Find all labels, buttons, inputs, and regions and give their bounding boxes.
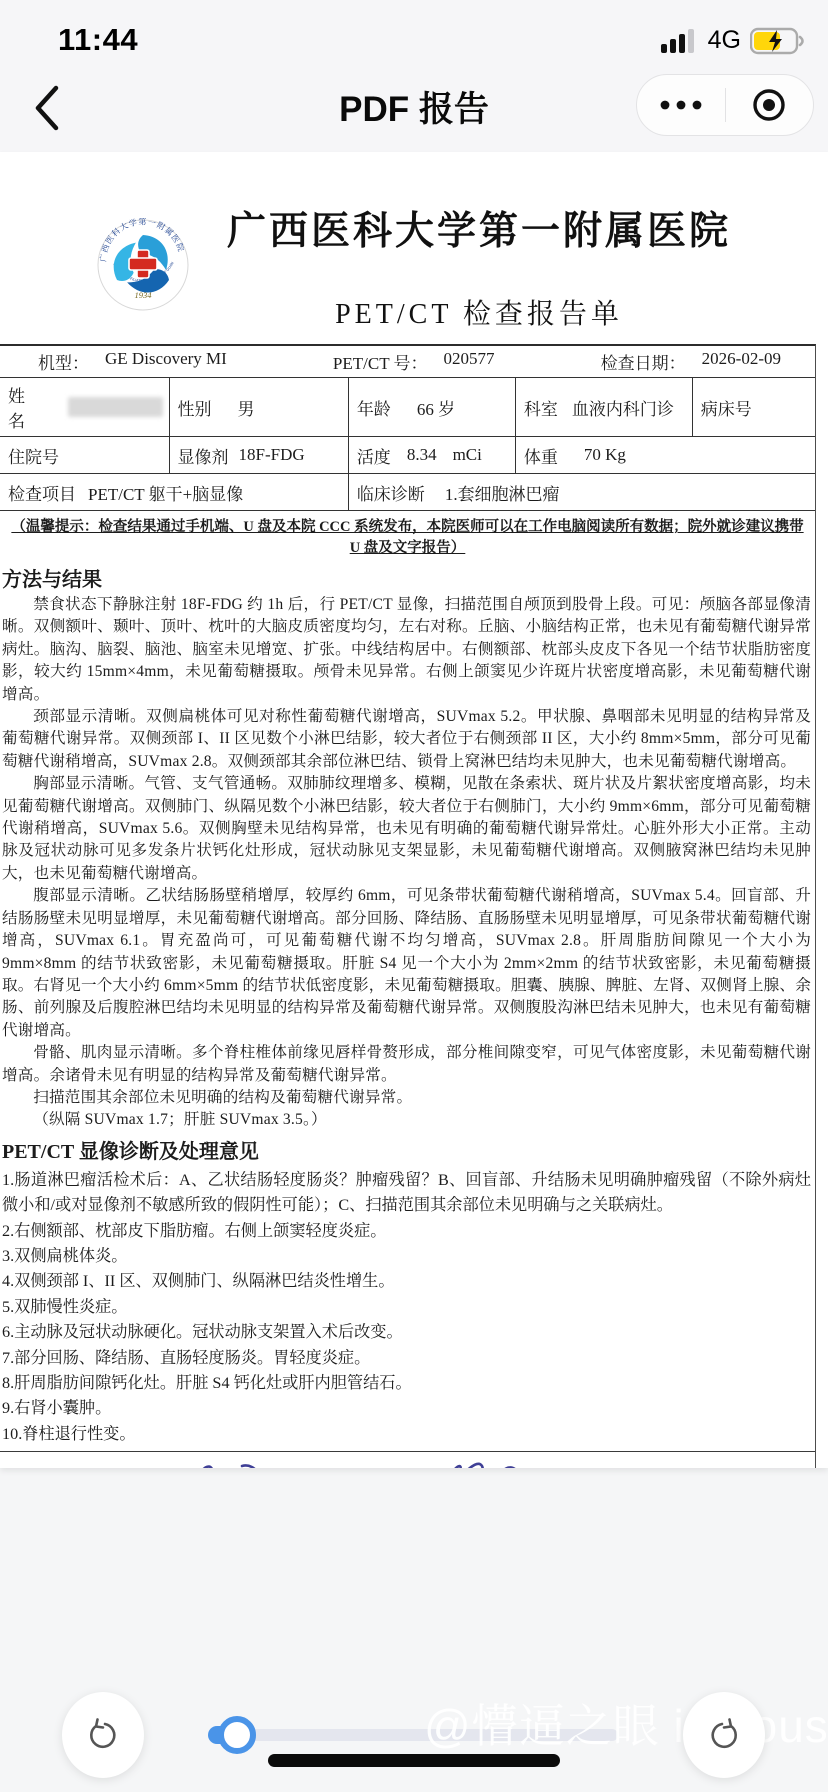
paragraph-brain: 禁食状态下静脉注射 18F-FDG 约 1h 后，行 PET/CT 显像，扫描范… bbox=[2, 594, 811, 706]
redacted-patient-name bbox=[68, 397, 163, 417]
weight-cell: 体重70 Kg bbox=[516, 436, 815, 473]
paragraph-neck: 颈部显示清晰。双侧扁桃体可见对称性葡萄糖代谢增高，SUVmax 5.2。甲状腺、… bbox=[2, 706, 811, 773]
cellular-signal-icon bbox=[661, 27, 699, 55]
methods-body: 禁食状态下静脉注射 18F-FDG 约 1h 后，行 PET/CT 显像，扫描范… bbox=[0, 594, 815, 1132]
report-page: 广西医科大学第一附属医院 THE FIRST AFFILIATED HOSPIT… bbox=[0, 152, 828, 1468]
reviewer-signature bbox=[172, 1452, 322, 1468]
petct-no-value: 020577 bbox=[444, 349, 495, 374]
diagnosis-item: 6.主动脉及冠状动脉硬化。冠状动脉支架置入术后改变。 bbox=[2, 1320, 811, 1345]
admission-cell: 住院号 bbox=[0, 436, 170, 473]
machine-value: GE Discovery MI bbox=[105, 349, 227, 374]
rotate-right-icon bbox=[706, 1717, 742, 1753]
diagnosis-item: 10.脊柱退行性变。 bbox=[2, 1422, 811, 1447]
diagnosis-item: 3.双侧扁桃体炎。 bbox=[2, 1244, 811, 1269]
notice-line: （温馨提示：检查结果通过手机端、U 盘及本院 CCC 系统发布，本院医师可以在工… bbox=[0, 511, 815, 560]
more-options-icon[interactable] bbox=[637, 75, 725, 135]
name-cell: 姓名 bbox=[0, 378, 170, 436]
nav-bar: PDF 报告 bbox=[0, 62, 828, 152]
diagnosis-heading: PET/CT 显像诊断及处理意见 bbox=[0, 1132, 815, 1166]
paragraph-other: 扫描范围其余部位未见明确的结构及葡萄糖代谢异常。 bbox=[2, 1087, 811, 1109]
petct-no-label: PET/CT 号： bbox=[333, 349, 428, 374]
rotate-right-button[interactable] bbox=[683, 1692, 765, 1778]
report-doc-title: PET/CT 检查报告单 bbox=[190, 292, 768, 332]
diagnosis-item: 2.右侧额部、枕部皮下脂肪瘤。右侧上颌窦轻度炎症。 bbox=[2, 1219, 811, 1244]
diagnosis-item: 1.肠道淋巴瘤活检术后：A、乙状结肠轻度肠炎？肿瘤残留？B、回盲部、升结肠未见明… bbox=[2, 1168, 811, 1219]
hospital-logo: 广西医科大学第一附属医院 THE FIRST AFFILIATED HOSPIT… bbox=[96, 218, 190, 312]
bed-cell: 病床号 bbox=[693, 378, 815, 436]
rotate-left-icon bbox=[85, 1717, 121, 1753]
paragraph-abdomen: 腹部显示清晰。乙状结肠肠壁稍增厚，较厚约 6mm，可见条带状葡萄糖代谢稍增高，S… bbox=[2, 885, 811, 1042]
meta-row: 机型：GE Discovery MI PET/CT 号：020577 检查日期：… bbox=[0, 346, 815, 377]
diagnosis-item: 8.肝周脂肪间隙钙化灶。肝脏 S4 钙化灶或肝内胆管结石。 bbox=[2, 1371, 811, 1396]
rotate-left-button[interactable] bbox=[62, 1692, 144, 1778]
diagnosis-list: 1.肠道淋巴瘤活检术后：A、乙状结肠轻度肠炎？肿瘤残留？B、回盲部、升结肠未见明… bbox=[0, 1166, 815, 1451]
phone-screen: 11:44 4G PDF 报告 bbox=[0, 0, 828, 1792]
report-header: 广西医科大学第一附属医院 THE FIRST AFFILIATED HOSPIT… bbox=[0, 152, 828, 344]
status-bar: 11:44 4G bbox=[0, 0, 828, 62]
patient-info-table: 姓名 性别男 年龄66 岁 科室血液内科门诊 病床号 住院号 显像剂18F-FD… bbox=[0, 377, 815, 511]
diagnosis-item: 4.双侧颈部 I、II 区、双侧肺门、纵隔淋巴结炎性增生。 bbox=[2, 1269, 811, 1294]
watermark-text: @懵逼之眼 in house986 bbox=[424, 1690, 828, 1756]
zoom-slider-thumb[interactable] bbox=[218, 1716, 256, 1754]
activity-cell: 活度8.34mCi bbox=[349, 436, 516, 473]
machine-label: 机型： bbox=[38, 349, 89, 374]
diagnosis-item: 5.双肺慢性炎症。 bbox=[2, 1295, 811, 1320]
clock: 11:44 bbox=[58, 22, 138, 58]
signature-row: 审核医师 报告医师 报告时间 2026-02-09 15:36 bbox=[0, 1451, 815, 1468]
network-type: 4G bbox=[708, 26, 741, 55]
tracer-cell: 显像剂18F-FDG bbox=[170, 436, 349, 473]
diagnosis-item: 9.右肾小囊肿。 bbox=[2, 1396, 811, 1421]
report-frame: 机型：GE Discovery MI PET/CT 号：020577 检查日期：… bbox=[0, 344, 816, 1468]
paragraph-suv-ref: （纵隔 SUVmax 1.7；肝脏 SUVmax 3.5。） bbox=[2, 1109, 811, 1131]
close-miniprogram-icon[interactable] bbox=[726, 75, 814, 135]
hospital-name: 广西医科大学第一附属医院 bbox=[190, 200, 768, 256]
age-cell: 年龄66 岁 bbox=[349, 378, 516, 436]
diagnosis-item: 7.部分回肠、降结肠、直肠轻度肠炎。胃轻度炎症。 bbox=[2, 1346, 811, 1371]
pdf-viewport[interactable]: 广西医科大学第一附属医院 THE FIRST AFFILIATED HOSPIT… bbox=[0, 152, 828, 1792]
home-indicator[interactable] bbox=[268, 1754, 560, 1767]
exam-date-label: 检查日期： bbox=[601, 349, 686, 374]
dept-cell: 科室血液内科门诊 bbox=[516, 378, 693, 436]
paragraph-chest: 胸部显示清晰。气管、支气管通畅。双肺肺纹理增多、模糊，见散在条索状、斑片状及片絮… bbox=[2, 773, 811, 885]
reporter-signature bbox=[424, 1452, 564, 1468]
methods-heading: 方法与结果 bbox=[0, 560, 815, 594]
paragraph-bone: 骨骼、肌肉显示清晰。多个脊柱椎体前缘见唇样骨赘形成，部分椎间隙变窄，可见气体密度… bbox=[2, 1042, 811, 1087]
sex-cell: 性别男 bbox=[170, 378, 349, 436]
exam-item-cell: 检查项目PET/CT 躯干+脑显像 bbox=[0, 473, 349, 510]
logo-year: 1934 bbox=[135, 290, 153, 300]
exam-date-value: 2026-02-09 bbox=[702, 349, 781, 374]
clinical-diagnosis-cell: 临床诊断1.套细胞淋巴瘤 bbox=[349, 473, 815, 510]
battery-charging-icon bbox=[750, 27, 810, 55]
miniprogram-capsule bbox=[636, 74, 814, 136]
